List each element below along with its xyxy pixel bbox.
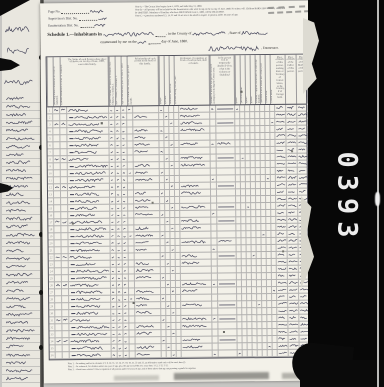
supervisor-label: Supervisor's Dist. No. — [48, 16, 78, 20]
cell-relation — [134, 190, 160, 196]
cell-name — [68, 177, 110, 183]
cell-sick — [217, 168, 236, 174]
cell-digits — [54, 149, 61, 155]
cell-digits — [54, 184, 61, 190]
cell-occ — [181, 274, 212, 280]
cell-relation — [134, 162, 160, 168]
cell-bp — [286, 119, 297, 125]
cell-bp — [275, 119, 286, 125]
cell-digits — [55, 289, 62, 295]
cell-occ — [179, 127, 210, 133]
cell-digits — [53, 128, 60, 134]
enumerator-suffix: , Enumerator. — [261, 46, 278, 50]
cell-bp — [288, 329, 299, 335]
cell-occ — [181, 281, 212, 287]
adjacent-page-row — [2, 103, 42, 111]
cell-name — [67, 142, 109, 148]
cell-sick — [218, 266, 237, 272]
cell-sick — [217, 217, 236, 223]
cell-bp — [287, 217, 298, 223]
cell-sick — [216, 126, 235, 132]
cell-relation — [135, 253, 161, 259]
cell-bp — [287, 210, 298, 216]
form-notes-bottom: Note 1.—In making entries in columns 4, … — [68, 361, 283, 372]
cell-sick — [218, 287, 237, 293]
cell-bp — [288, 322, 299, 328]
cell-occ — [181, 295, 212, 301]
column-header: Profession, Occupation, or Trade of each… — [179, 56, 211, 105]
adjacent-page-row — [2, 359, 42, 367]
cell-name — [68, 212, 110, 218]
cell-relation — [134, 232, 160, 238]
cell-digits — [56, 345, 63, 351]
cell-occ — [180, 169, 211, 175]
cell-bp — [288, 245, 299, 251]
cell-occ — [179, 106, 210, 112]
cell-digits — [54, 156, 61, 162]
cell-sick — [218, 273, 237, 279]
column-header: Families numbered in order of visitation… — [60, 57, 68, 106]
page-no-label: Page No. — [48, 9, 60, 13]
cell-sick — [216, 112, 235, 118]
cell-relation — [133, 141, 159, 147]
cell-occ — [179, 141, 210, 147]
column-header: Number of months this person has been un… — [210, 56, 217, 105]
adjacent-page-row — [2, 175, 42, 183]
table-header-row: Dwelling-houses numbered in order of vis… — [47, 55, 307, 108]
cell-bp — [287, 224, 298, 230]
cell-relation — [134, 169, 160, 175]
cell-bp — [275, 133, 286, 139]
adjacent-page-row — [2, 335, 42, 343]
cell-sick — [219, 343, 238, 349]
cell-relation — [133, 106, 159, 112]
cell-name — [69, 296, 111, 302]
census-table: Dwelling-houses numbered in order of vis… — [46, 54, 310, 361]
cell-sick — [217, 196, 236, 202]
column-header: Place of Birth of this person, naming St… — [275, 55, 287, 104]
cell-relation — [134, 204, 160, 210]
cell-relation — [135, 246, 161, 252]
cell-digits — [54, 219, 61, 225]
cell-name — [68, 205, 110, 211]
cell-bp — [276, 168, 287, 174]
cell-bp — [276, 231, 287, 237]
cell-sick — [217, 147, 236, 153]
adjacent-page-row — [2, 263, 42, 271]
cell-name — [68, 191, 110, 197]
handwritten-page-no — [90, 9, 104, 14]
cell-sick — [216, 140, 235, 146]
cell-bp — [276, 189, 287, 195]
cell-occ — [180, 197, 211, 203]
column-header: Married during Census year. — [174, 56, 180, 105]
cell-occ — [180, 148, 211, 154]
cell-digits — [54, 198, 61, 204]
cell-sick — [219, 336, 238, 342]
enumeration-line: Enumeration Dist. No. — [48, 23, 106, 29]
column-header: Place of Birth of the Father of this per… — [286, 55, 298, 104]
cell-digits — [61, 163, 68, 169]
cell-bp — [277, 322, 288, 328]
handwritten-supervisor-no — [98, 16, 108, 21]
cell-digits — [61, 219, 68, 225]
cell-bp — [276, 224, 287, 230]
cell-sick — [217, 203, 236, 209]
cell-digits — [54, 226, 61, 232]
cell-digits — [62, 282, 69, 288]
cell-relation — [135, 330, 161, 336]
cell-bp — [287, 203, 298, 209]
cell-digits — [60, 128, 67, 134]
cell-relation — [135, 309, 161, 315]
cell-relation — [135, 274, 161, 280]
cell-bp — [298, 147, 309, 153]
cell-digits — [60, 121, 67, 127]
handwritten-day — [138, 39, 148, 44]
cell-name — [69, 331, 111, 337]
cell-name — [68, 149, 110, 155]
cell-digits — [54, 191, 61, 197]
cell-occ — [179, 134, 210, 140]
adjacent-page-row — [2, 159, 42, 167]
cell-digits — [60, 114, 67, 120]
county-text: , in the County of — [166, 31, 191, 35]
cell-occ — [179, 113, 210, 119]
adjacent-page-row — [2, 303, 42, 311]
cell-digits — [62, 275, 69, 281]
cell-name — [68, 170, 110, 176]
adjacent-page-row — [2, 215, 42, 223]
cell-relation — [135, 323, 161, 329]
cell-relation — [134, 183, 160, 189]
cell-name — [67, 135, 109, 141]
adjacent-page-row — [2, 239, 42, 247]
cell-relation — [134, 148, 160, 154]
cell-sick — [216, 105, 235, 111]
adjacent-page-row — [2, 367, 42, 375]
adjacent-page-row — [2, 223, 42, 231]
column-header: Cannot write. — [270, 55, 276, 104]
cell-relation — [135, 295, 161, 301]
cell-digits — [56, 338, 63, 344]
cell-occ — [181, 260, 212, 266]
handwritten-enumeration-no — [95, 23, 107, 28]
cell-digits — [61, 149, 68, 155]
cell-sick — [217, 161, 236, 167]
cell-occ — [180, 239, 211, 245]
cell-sick — [217, 238, 236, 244]
cell-occ — [180, 232, 211, 238]
adjacent-page-row — [2, 111, 42, 119]
cell-bp — [276, 175, 287, 181]
cell-bp — [297, 105, 308, 111]
cell-bp — [286, 112, 297, 118]
cell-digits — [54, 163, 61, 169]
cell-relation — [136, 344, 162, 350]
film-frame-number: 0393 — [332, 151, 363, 244]
cell-bp — [287, 161, 298, 167]
cell-digits — [55, 324, 62, 330]
adjacent-page-row — [2, 351, 42, 359]
cell-sick — [218, 315, 237, 321]
cell-digits — [55, 296, 62, 302]
cell-bp — [287, 154, 298, 160]
cell-digits — [61, 177, 68, 183]
cell-digits — [53, 135, 60, 141]
cell-sick — [219, 350, 238, 356]
adjacent-page-row — [2, 255, 42, 263]
cell-sick — [218, 294, 237, 300]
handwritten-state — [242, 29, 269, 36]
adjacent-page-row — [2, 295, 42, 303]
cell-sick — [218, 280, 237, 286]
cell-digits — [61, 184, 68, 190]
cell-bp — [297, 140, 308, 146]
form-notes-top: Note A.—The Census Year begins June 1, 1… — [135, 5, 287, 18]
cell-digits — [61, 226, 68, 232]
state-text: , State of — [228, 31, 241, 35]
cell-bp — [276, 238, 287, 244]
cell-relation — [135, 281, 161, 287]
cell-digits — [53, 114, 60, 120]
cell-sick — [217, 231, 236, 237]
cell-occ — [180, 162, 211, 168]
cell-name — [69, 310, 111, 316]
adjacent-page-row — [2, 271, 42, 279]
cell-relation — [135, 316, 161, 322]
cell-bp — [297, 133, 308, 139]
cell-bp — [298, 154, 309, 160]
handwriting-mark — [4, 78, 34, 86]
cell-bp — [277, 287, 288, 293]
cell-digits — [54, 177, 61, 183]
cell-name — [69, 247, 111, 253]
cell-name — [69, 282, 111, 288]
cell-digits — [62, 324, 69, 330]
cell-digits — [62, 261, 69, 267]
blank-line — [80, 25, 94, 28]
adjacent-page-row — [2, 287, 42, 295]
cell-digits — [55, 275, 62, 281]
cell-occ — [181, 330, 212, 336]
cell-digits — [55, 247, 62, 253]
cell-digits — [53, 121, 60, 127]
cell-bp — [286, 140, 297, 146]
cell-bp — [288, 287, 299, 293]
cell-digits — [60, 135, 67, 141]
cell-name — [68, 184, 110, 190]
cell-digits — [62, 247, 69, 253]
cell-digits — [61, 198, 68, 204]
cell-digits — [62, 296, 69, 302]
cell-bp — [277, 301, 288, 307]
cell-bp — [278, 350, 289, 356]
cell-name — [69, 303, 111, 309]
handwriting-mark — [5, 24, 31, 34]
cell-bp — [276, 203, 287, 209]
cell-name — [70, 345, 112, 351]
cell-bp — [277, 259, 288, 265]
cell-bp — [287, 196, 298, 202]
cell-relation — [133, 127, 159, 133]
cell-occ — [181, 246, 212, 252]
cell-sick — [218, 259, 237, 265]
adjacent-page-row — [2, 135, 42, 143]
cell-occ — [180, 176, 211, 182]
cell-digits — [62, 303, 69, 309]
adjacent-page-row — [2, 311, 42, 319]
adjacent-page-row — [2, 247, 42, 255]
microfilm-scan-viewport: Page No. Supervisor's Dist. No. Enumerat… — [0, 0, 384, 387]
cell-digits — [54, 212, 61, 218]
cell-name — [68, 156, 110, 162]
cell-occ — [182, 344, 213, 350]
cell-bp — [275, 112, 286, 118]
cell-occ — [180, 155, 211, 161]
cell-bp — [288, 280, 299, 286]
cell-occ — [181, 316, 212, 322]
cell-relation — [134, 176, 160, 182]
cell-name — [68, 219, 110, 225]
cell-occ — [182, 351, 213, 357]
adjacent-page-row — [2, 375, 42, 383]
date-text: day of June, 1880. — [161, 39, 187, 43]
supervisor-line: Supervisor's Dist. No. — [48, 16, 108, 22]
cell-digits — [62, 289, 69, 295]
cell-name — [68, 198, 110, 204]
blank-line — [79, 18, 97, 21]
cell-relation — [135, 267, 161, 273]
cell-occ — [180, 204, 211, 210]
cell-bp — [287, 182, 298, 188]
cell-sick — [217, 175, 236, 181]
adjacent-page-row — [2, 199, 42, 207]
cell-sick — [218, 322, 237, 328]
cell-bp — [287, 231, 298, 237]
cell-name — [67, 121, 109, 127]
cell-digits — [55, 310, 62, 316]
cell-bp — [275, 140, 286, 146]
cell-bp — [276, 147, 287, 153]
cell-relation — [134, 155, 160, 161]
handwritten-county — [193, 29, 227, 36]
cell-digits — [62, 254, 69, 260]
cell-relation — [134, 211, 160, 217]
column-header: Is the person sick or temporarily disabl… — [216, 55, 236, 104]
cell-digits — [62, 331, 69, 337]
adjacent-page-row — [2, 191, 42, 199]
cell-name — [69, 275, 111, 281]
cell-relation — [135, 260, 161, 266]
cell-bp — [276, 196, 287, 202]
cell-bp — [277, 245, 288, 251]
cell-name — [67, 114, 109, 120]
handwritten-signature — [208, 44, 260, 53]
cell-name — [69, 268, 111, 274]
cell-bp — [286, 105, 297, 111]
cell-occ — [182, 337, 213, 343]
cell-bp — [287, 238, 298, 244]
cell-digits — [61, 205, 68, 211]
cell-sick — [218, 245, 237, 251]
cell-relation — [133, 134, 159, 140]
adjacent-page-row — [2, 319, 42, 327]
cell-digits — [60, 142, 67, 148]
film-edge-glint — [375, 192, 380, 206]
cell-digits — [63, 338, 70, 344]
cell-digits — [54, 205, 61, 211]
cell-bp — [287, 175, 298, 181]
column-header: The Name of each Person whose place of a… — [67, 57, 110, 106]
cell-bp — [276, 154, 287, 160]
cell-sick — [218, 301, 237, 307]
cell-occ — [181, 288, 212, 294]
cell-digits — [62, 317, 69, 323]
cell-bp — [277, 280, 288, 286]
cell-bp — [278, 336, 289, 342]
cell-bp — [277, 329, 288, 335]
cell-relation — [134, 225, 160, 231]
cell-bp — [289, 336, 300, 342]
cell-bp — [286, 126, 297, 132]
page-no-line: Page No. — [48, 9, 104, 15]
scan-noise — [40, 3, 41, 4]
adjacent-page-row — [2, 279, 42, 287]
binding-dot — [39, 345, 43, 350]
cell-digits — [61, 233, 68, 239]
cell-bp — [288, 294, 299, 300]
cell-bp — [287, 147, 298, 153]
cell-digits — [63, 345, 70, 351]
enumerator-signature-line: , Enumerator. — [208, 44, 278, 53]
handwriting-mark — [7, 46, 29, 56]
cell-digits — [55, 303, 62, 309]
enumeration-label: Enumeration Dist. No. — [48, 23, 79, 27]
cell-occ — [181, 302, 212, 308]
cell-bp — [287, 168, 298, 174]
cell-digits — [60, 107, 67, 113]
cell-relation — [135, 302, 161, 308]
cell-relation — [136, 351, 162, 357]
adjacent-page-row — [2, 119, 42, 127]
cell-name — [69, 324, 111, 330]
cell-occ — [180, 218, 211, 224]
cell-name — [68, 163, 110, 169]
cell-occ — [181, 323, 212, 329]
cell-relation — [134, 239, 160, 245]
adjacent-page-row — [2, 143, 42, 151]
cell-relation — [133, 113, 159, 119]
cell-name — [67, 107, 109, 113]
cell-relation — [136, 337, 162, 343]
cell-bp — [275, 105, 286, 111]
cell-bp — [278, 343, 289, 349]
cell-digits — [55, 282, 62, 288]
cell-bp — [275, 126, 286, 132]
cell-relation — [133, 120, 159, 126]
cell-digits — [61, 156, 68, 162]
cell-bp — [277, 266, 288, 272]
cell-sick — [218, 308, 237, 314]
cell-name — [70, 352, 112, 358]
cell-bp — [297, 112, 308, 118]
cell-bp — [276, 161, 287, 167]
adjacent-page-row — [2, 127, 42, 135]
cell-bp — [277, 273, 288, 279]
cell-digits — [53, 142, 60, 148]
adjacent-page-row — [2, 343, 42, 351]
